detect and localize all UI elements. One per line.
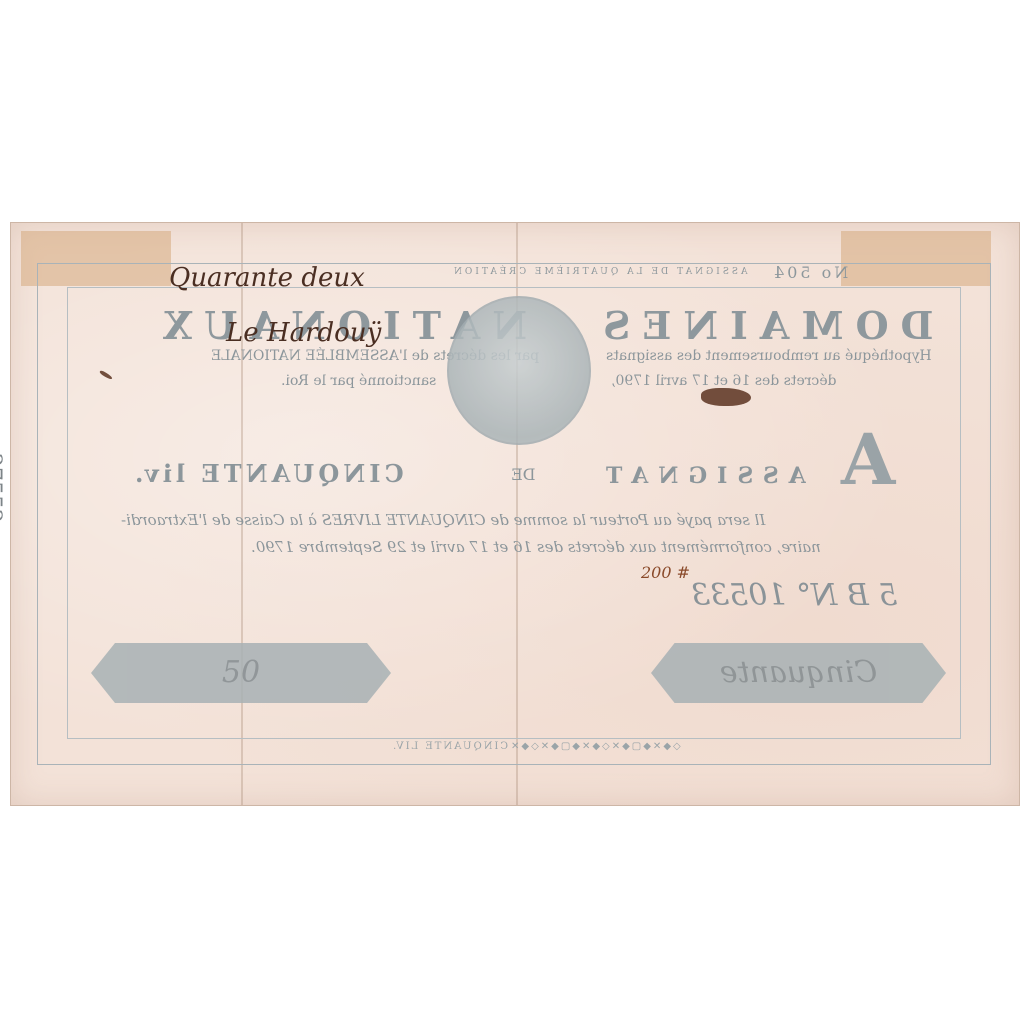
serial-number: 5 B N° 10533	[691, 578, 897, 613]
handwritten-amount: 200 #	[641, 563, 690, 582]
banknote: ASSIGNAT DE LA QUATRIÈME CRÉATION No 504…	[10, 222, 1020, 806]
cartouche-value-right: Cinquante	[651, 643, 946, 703]
subtitle-left-2: sanctionné par le Roi.	[281, 373, 436, 389]
body-line-1: Il sera payé au Porteur la somme de CINQ…	[121, 511, 765, 529]
handwritten-signature: Le Hardouÿ	[226, 318, 381, 348]
value-word: CINQUANTE liv.	[131, 459, 404, 488]
portrait-medallion	[447, 296, 591, 445]
assignat-word: ASSIGNAT	[596, 463, 806, 489]
top-band-text: ASSIGNAT DE LA QUATRIÈME CRÉATION	[451, 267, 747, 277]
body-line-2: naire, conformément aux décrets des 16 e…	[251, 538, 821, 556]
big-letter-a: A	[841, 418, 895, 501]
ink-stain	[701, 388, 751, 406]
cartouche-value-left: 50	[91, 643, 391, 703]
de-word: DE	[511, 465, 536, 484]
bottom-band: ✕◆◇✕◆▢◆✕◆◇✕◆▢◆✕◆◇	[511, 741, 683, 752]
bottom-band-text: CINQUANTE LIV.	[391, 741, 508, 752]
subtitle-right-1: Hypothéqué au remboursement des assignat…	[606, 348, 932, 364]
subtitle-right-2: décrets des 16 et 17 avril 1790,	[611, 373, 837, 389]
side-numbers: 27552	[0, 453, 5, 523]
top-band-number: No 504	[771, 263, 848, 282]
title-domaines: DOMAINES	[591, 303, 934, 348]
handwritten-quarante-deux: Quarante deux	[169, 263, 365, 293]
